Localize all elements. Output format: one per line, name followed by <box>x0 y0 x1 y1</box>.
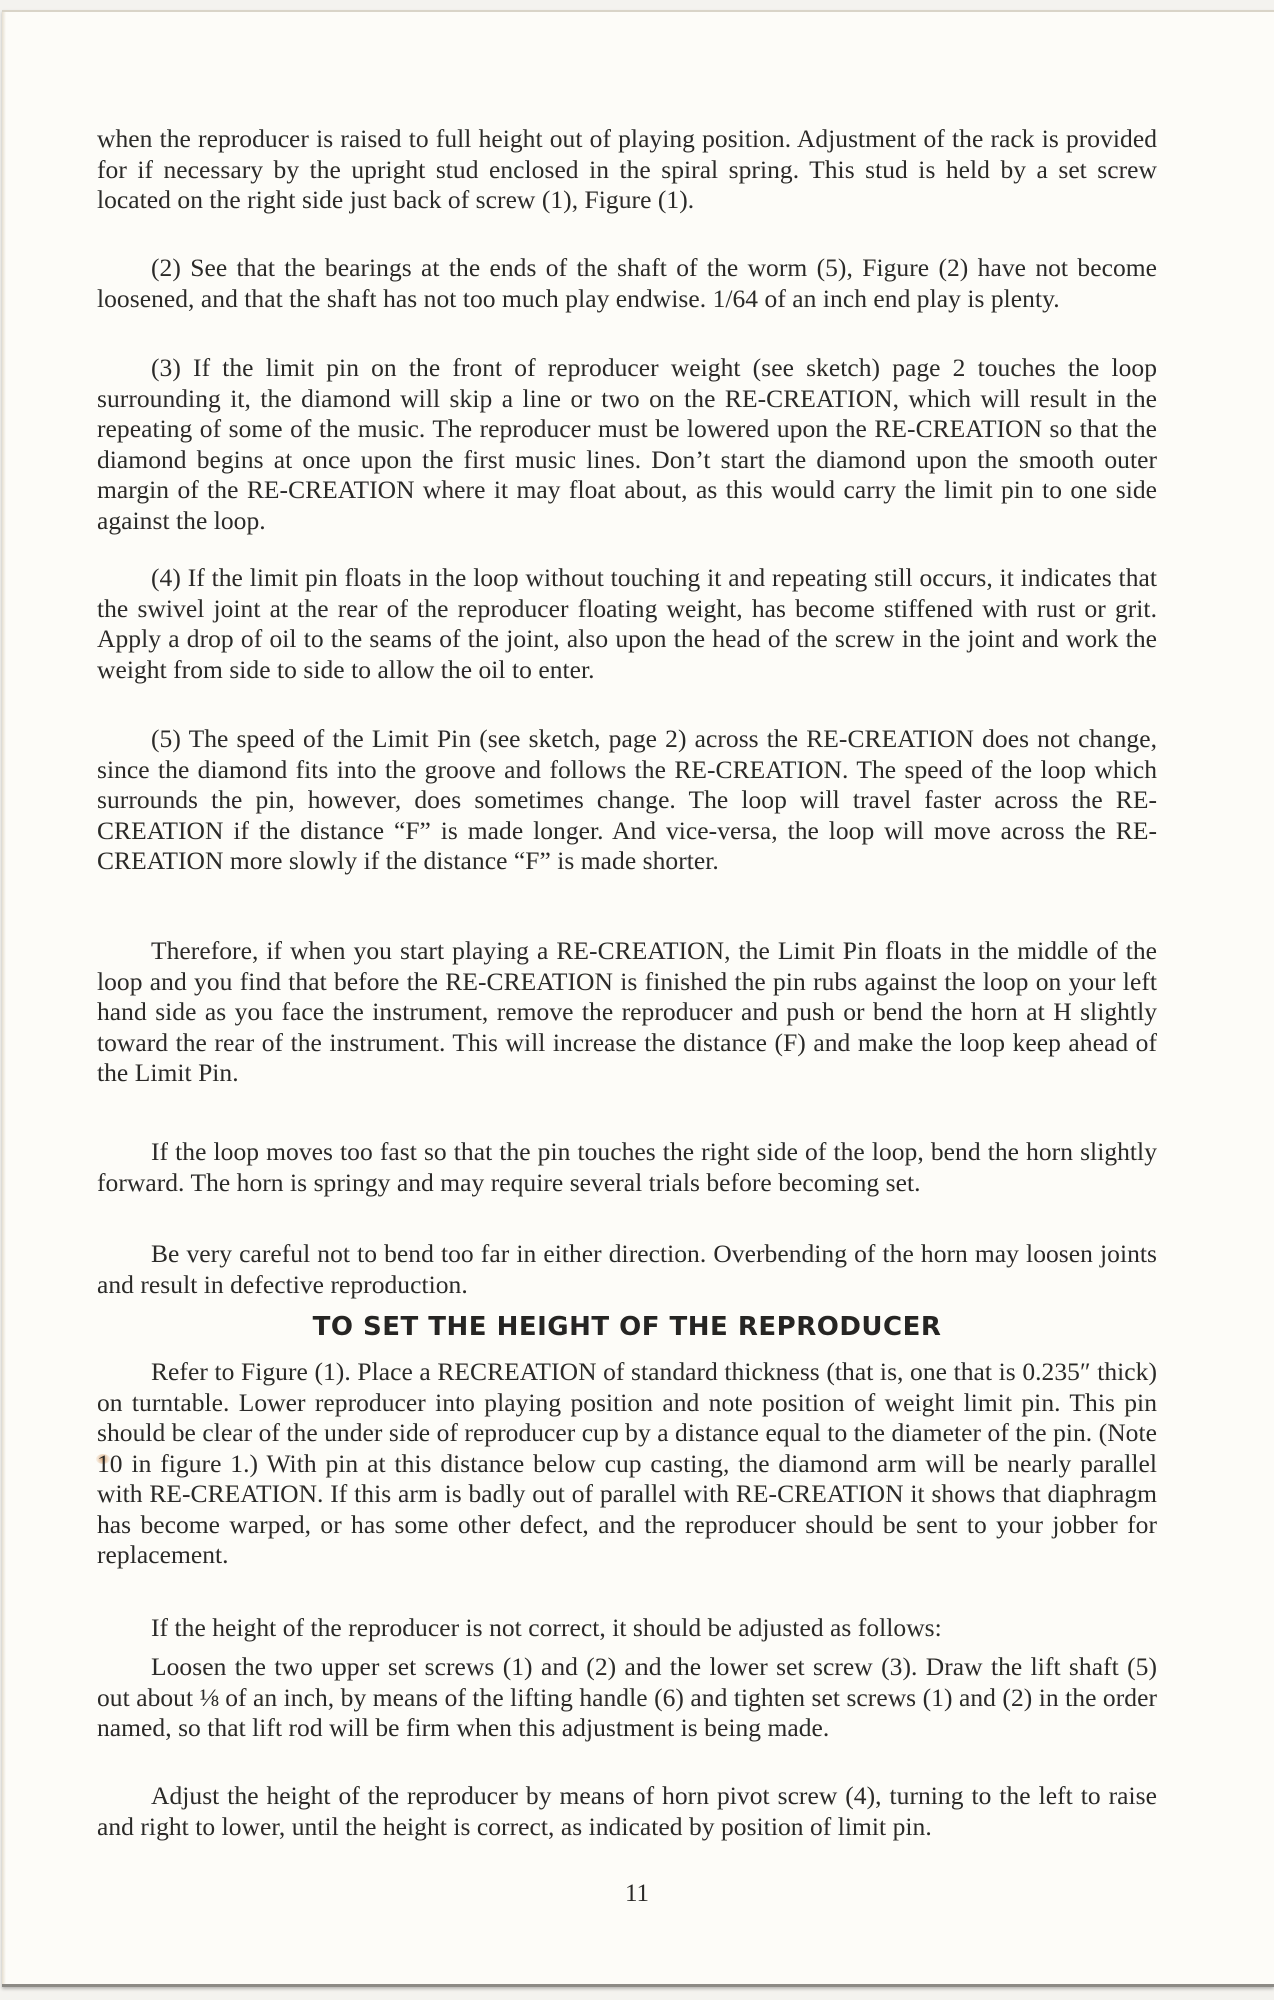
paragraph-step-2-bearings: (2) See that the bearings at the ends of… <box>97 253 1157 314</box>
paragraph-if-height-incorrect: If the height of the reproducer is not c… <box>97 1613 1157 1644</box>
page-number: 11 <box>0 1880 1274 1908</box>
paragraph-step-4-swivel-joint: (4) If the limit pin floats in the loop … <box>97 563 1157 685</box>
paragraph-step-3-limit-pin: (3) If the limit pin on the front of rep… <box>97 353 1157 536</box>
paragraph-step-5-speed: (5) The speed of the Limit Pin (see sket… <box>97 724 1157 877</box>
paragraph-caution-overbending: Be very careful not to bend too far in e… <box>97 1239 1157 1300</box>
paragraph-rack-adjustment: when the reproducer is raised to full he… <box>97 124 1157 216</box>
paragraph-loop-too-fast: If the loop moves too fast so that the p… <box>97 1137 1157 1198</box>
paragraph-loosen-set-screws: Loosen the two upper set screws (1) and … <box>97 1652 1157 1744</box>
paragraph-therefore-horn-bend: Therefore, if when you start playing a R… <box>97 936 1157 1089</box>
paragraph-adjust-pivot-screw: Adjust the height of the reproducer by m… <box>97 1781 1157 1842</box>
paragraph-refer-figure-1: Refer to Figure (1). Place a RECREATION … <box>97 1357 1157 1571</box>
section-heading: TO SET THE HEIGHT OF THE REPRODUCER <box>97 1312 1157 1342</box>
